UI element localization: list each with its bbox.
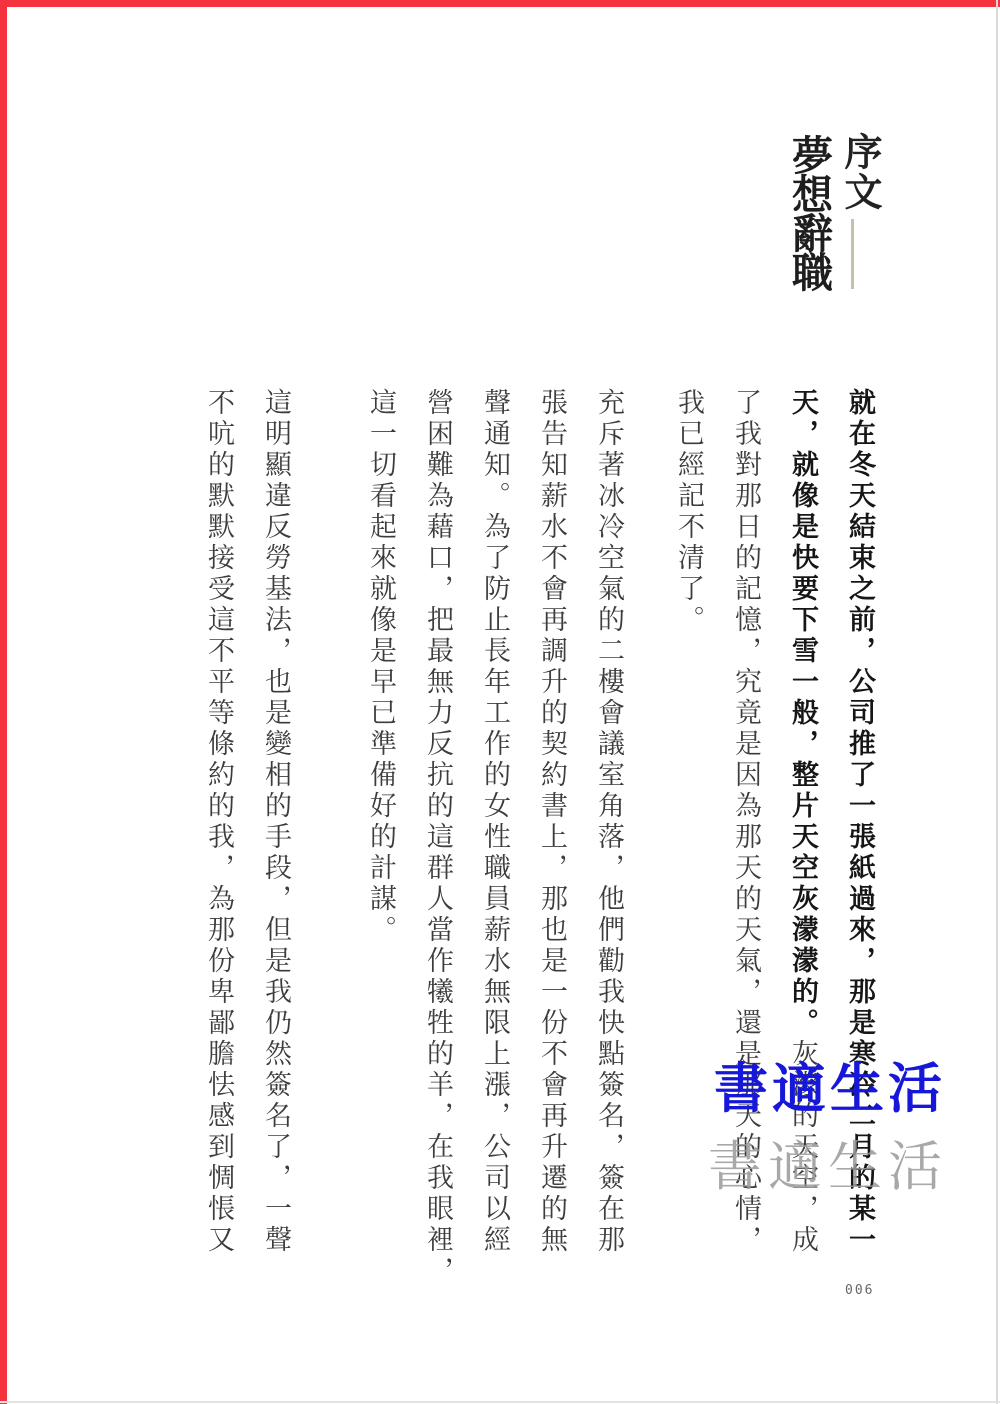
text-column: 這明顯違反勞基法，也是變相的手段，但是我仍然簽名了，一聲 bbox=[247, 388, 304, 1293]
title-divider-dash bbox=[851, 219, 854, 289]
text-column: 不吭的默默接受這不平等條約的我，為那份卑鄙膽怯感到惆悵又 bbox=[190, 388, 247, 1293]
watermark-gray: 書適生活 bbox=[708, 1124, 948, 1201]
paragraph: 充斥著冰冷空氣的二樓會議室角落，他們勸我快點簽名，簽在那張告知薪水不會再調升的契… bbox=[352, 388, 637, 1293]
book-page-scan: 序文 夢想辭職 就在冬天結束之前，公司推了一張紙過來，那是寒冷二月的某一天，就像… bbox=[0, 0, 1000, 1404]
chapter-title: 夢想辭職 bbox=[780, 134, 839, 290]
text-column: 聲通知。為了防止長年工作的女性職員薪水無限上漲，公司以經 bbox=[466, 388, 523, 1293]
text-column: 張告知薪水不會再調升的契約書上，那也是一份不會再升遷的無 bbox=[523, 388, 580, 1293]
text-column: 營困難為藉口，把最無力反抗的這群人當作犧牲的羊，在我眼裡， bbox=[409, 388, 466, 1293]
text-column: 這一切看起來就像是早已準備好的計謀。 bbox=[352, 388, 409, 1293]
page-number: 006 bbox=[845, 1283, 874, 1298]
scan-edge-line-bottom bbox=[0, 1401, 1000, 1403]
text-column: 充斥著冰冷空氣的二樓會議室角落，他們勸我快點簽名，簽在那 bbox=[580, 388, 637, 1293]
scan-margin-line-left bbox=[0, 0, 7, 1404]
watermark-blue: 書適生活 bbox=[714, 1046, 946, 1123]
chapter-label: 序文 bbox=[833, 132, 888, 212]
scan-edge-line-right bbox=[996, 0, 998, 1404]
paragraph: 這明顯違反勞基法，也是變相的手段，但是我仍然簽名了，一聲不吭的默默接受這不平等條… bbox=[190, 388, 304, 1293]
scan-margin-line-top bbox=[0, 0, 1000, 7]
